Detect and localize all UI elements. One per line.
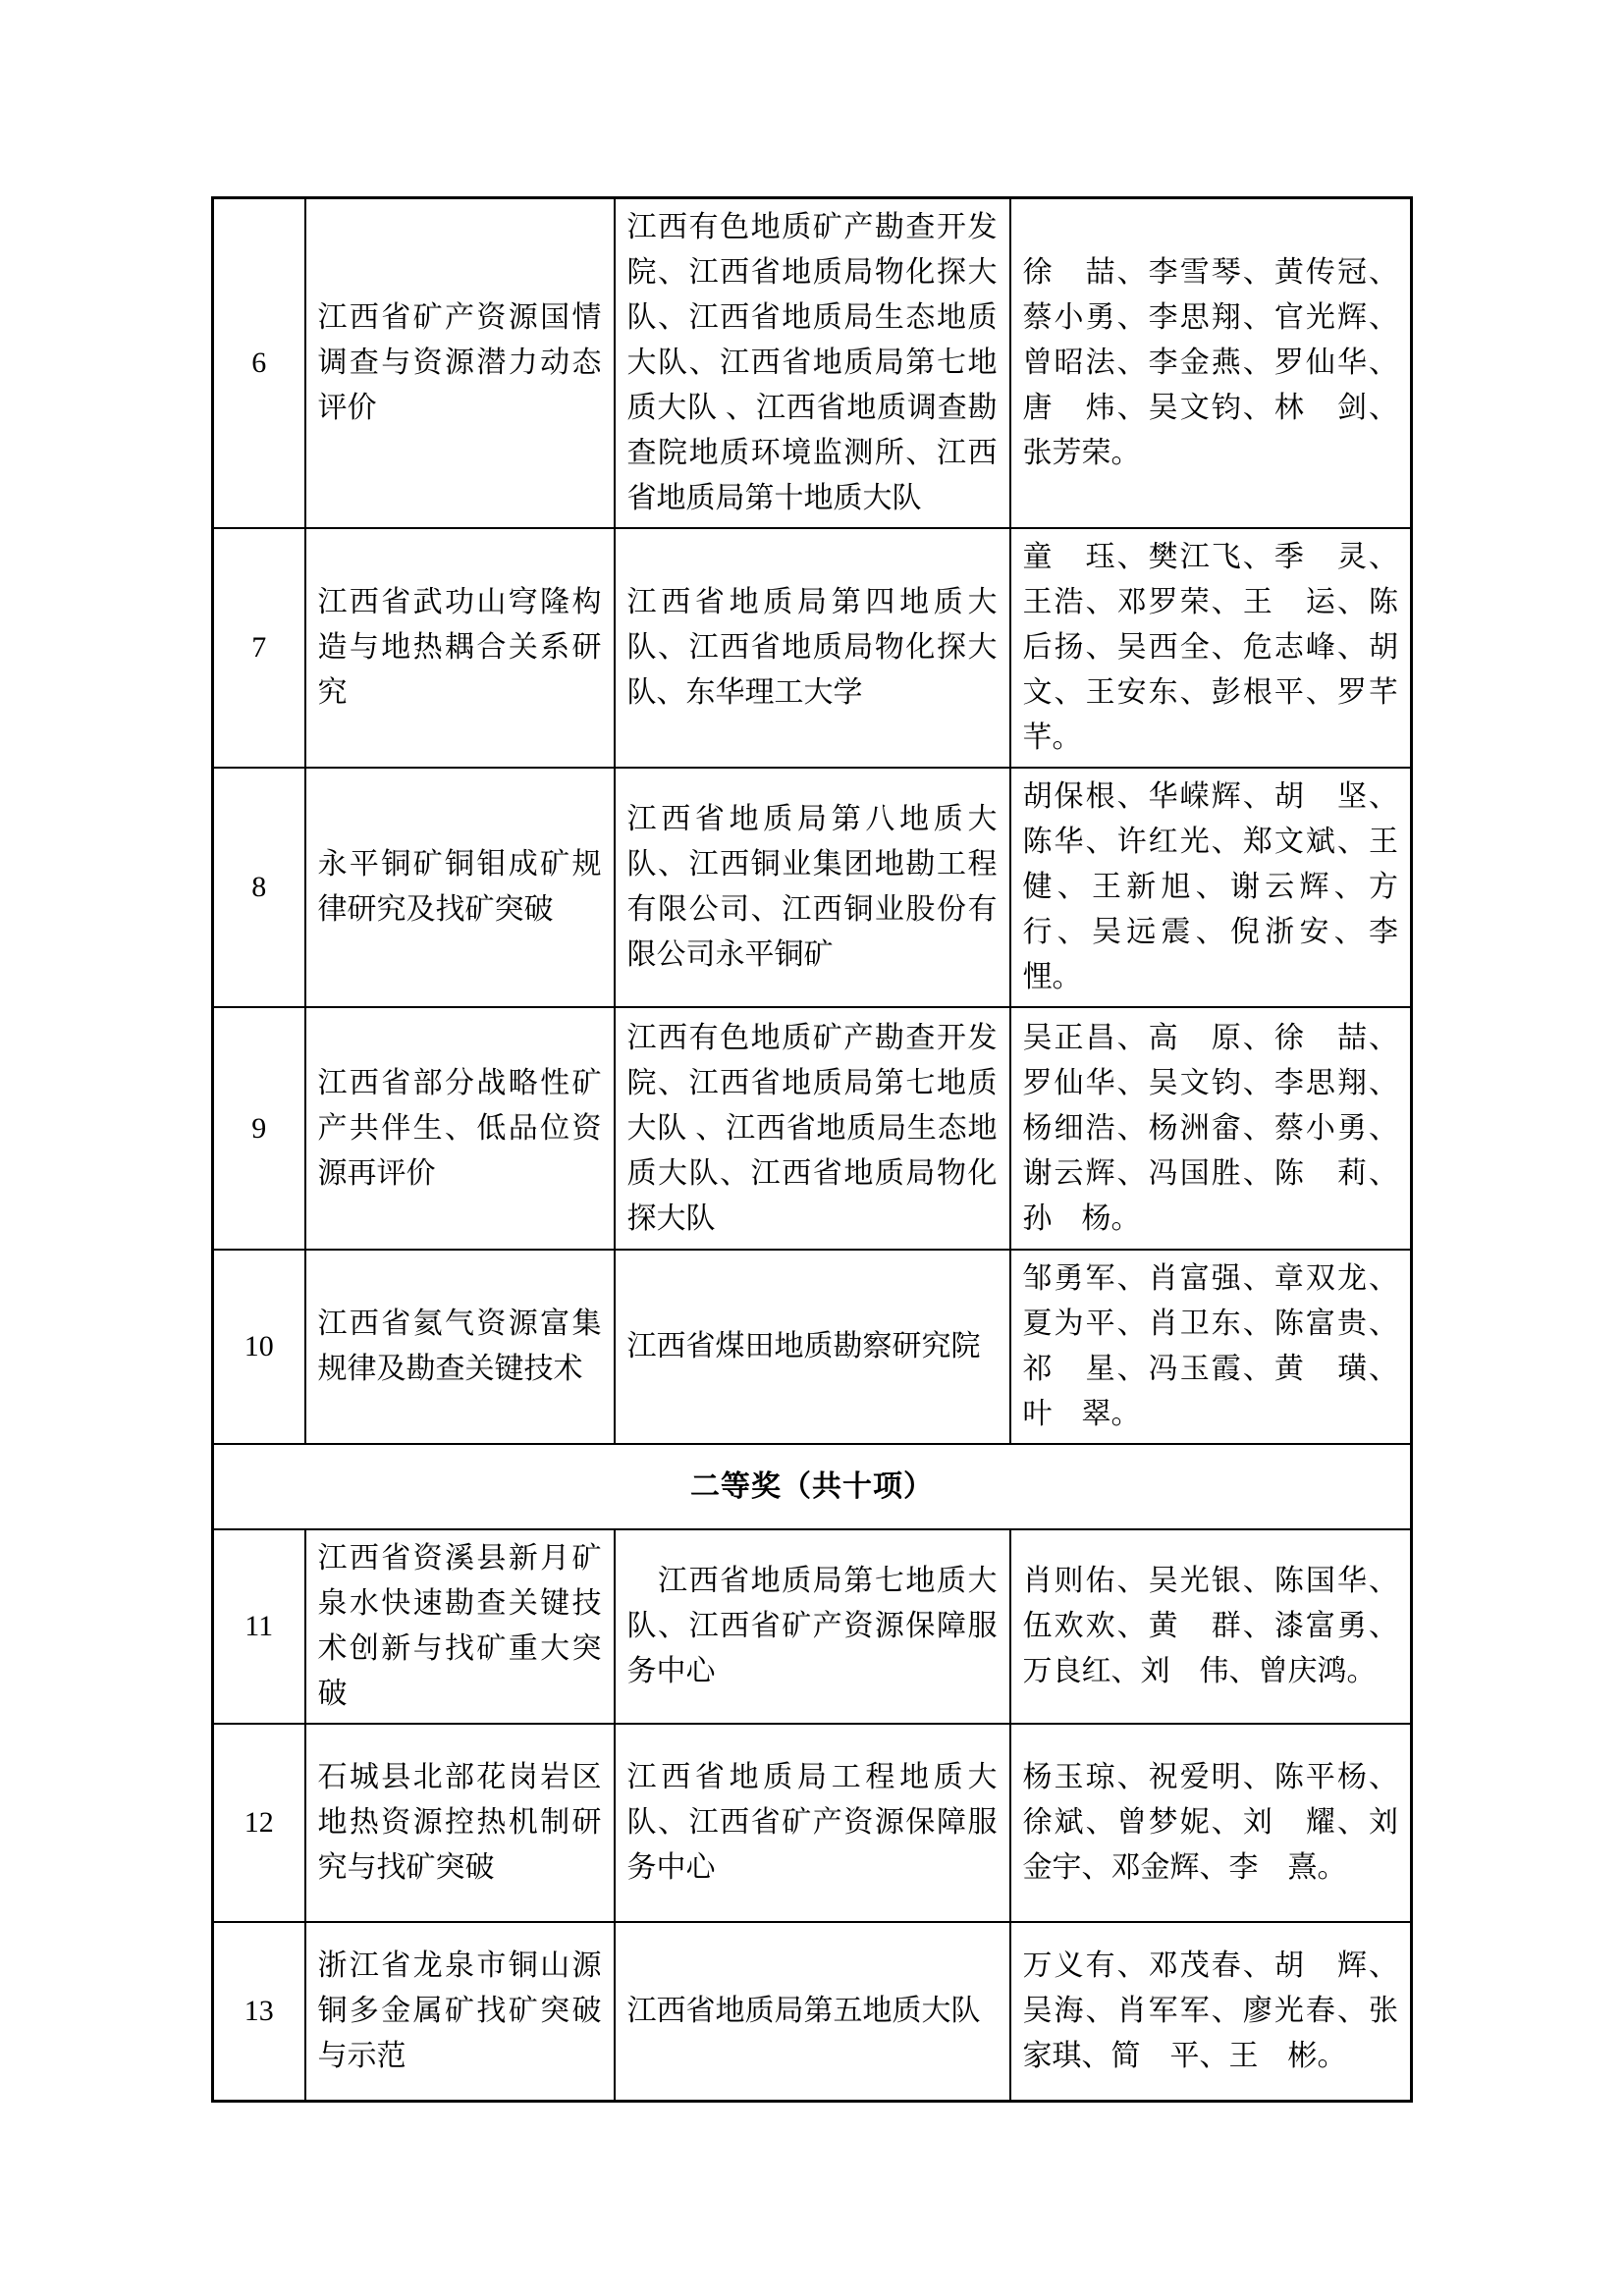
organizations-cell: 江西省地质局第四地质大队、江西省地质局物化探大队、东华理工大学 — [615, 528, 1010, 768]
project-name-cell: 江西省部分战略性矿产共伴生、低品位资源再评价 — [305, 1007, 615, 1250]
project-name-cell: 浙江省龙泉市铜山源铜多金属矿找矿突破与示范 — [305, 1922, 615, 2101]
awardees-cell: 万义有、邓茂春、胡 辉、吴海、肖军军、廖光春、张家琪、简 平、王 彬。 — [1010, 1922, 1412, 2101]
awardees-cell: 肖则佑、吴光银、陈国华、伍欢欢、黄 群、漆富勇、万良红、刘 伟、曾庆鸿。 — [1010, 1529, 1412, 1724]
awardees-cell: 胡保根、华嵘辉、胡 坚、陈华、许红光、郑文斌、王 健、王新旭、谢云辉、方 行、吴… — [1010, 768, 1412, 1007]
section-divider-row: 二等奖（共十项） — [213, 1444, 1412, 1529]
row-number-cell: 12 — [213, 1724, 305, 1922]
row-number-cell: 10 — [213, 1250, 305, 1444]
row-number-cell: 11 — [213, 1529, 305, 1724]
row-number-cell: 8 — [213, 768, 305, 1007]
project-name-cell: 江西省氦气资源富集规律及勘查关键技术 — [305, 1250, 615, 1444]
project-name-cell: 江西省武功山穹隆构造与地热耦合关系研究 — [305, 528, 615, 768]
organizations-cell: 江西省地质局第五地质大队 — [615, 1922, 1010, 2101]
awardees-cell: 童 珏、樊江飞、季 灵、王浩、邓罗荣、王 运、陈后扬、吴西全、危志峰、胡 文、王… — [1010, 528, 1412, 768]
row-number-cell: 9 — [213, 1007, 305, 1250]
table-row: 12 石城县北部花岗岩区地热资源控热机制研究与找矿突破 江西省地质局工程地质大队… — [213, 1724, 1412, 1922]
table-row: 6 江西省矿产资源国情调查与资源潜力动态评价 江西有色地质矿产勘查开发院、江西省… — [213, 198, 1412, 529]
table-row: 8 永平铜矿铜钼成矿规律研究及找矿突破 江西省地质局第八地质大队、江西铜业集团地… — [213, 768, 1412, 1007]
organizations-cell: 江西省地质局第八地质大队、江西铜业集团地勘工程有限公司、江西铜业股份有限公司永平… — [615, 768, 1010, 1007]
organizations-cell: 江西省地质局工程地质大队、江西省矿产资源保障服务中心 — [615, 1724, 1010, 1922]
awardees-cell: 邹勇军、肖富强、章双龙、夏为平、肖卫东、陈富贵、祁 星、冯玉霞、黄 璜、叶 翠。 — [1010, 1250, 1412, 1444]
project-name-cell: 江西省矿产资源国情调查与资源潜力动态评价 — [305, 198, 615, 529]
table-row: 10 江西省氦气资源富集规律及勘查关键技术 江西省煤田地质勘察研究院 邹勇军、肖… — [213, 1250, 1412, 1444]
organizations-cell: 江西有色地质矿产勘查开发院、江西省地质局第七地质大队 、江西省地质局生态地质大队… — [615, 1007, 1010, 1250]
project-name-cell: 江西省资溪县新月矿泉水快速勘查关键技术创新与找矿重大突破 — [305, 1529, 615, 1724]
awardees-cell: 杨玉琼、祝爱明、陈平杨、徐斌、曾梦妮、刘 耀、刘金宇、邓金辉、李 熹。 — [1010, 1724, 1412, 1922]
organizations-cell: 江西省地质局第七地质大队、江西省矿产资源保障服务中心 — [615, 1529, 1010, 1724]
project-name-cell: 石城县北部花岗岩区地热资源控热机制研究与找矿突破 — [305, 1724, 615, 1922]
awardees-cell: 吴正昌、高 原、徐 喆、罗仙华、吴文钧、李思翔、杨细浩、杨洲畲、蔡小勇、谢云辉、… — [1010, 1007, 1412, 1250]
table-row: 13 浙江省龙泉市铜山源铜多金属矿找矿突破与示范 江西省地质局第五地质大队 万义… — [213, 1922, 1412, 2101]
row-number-cell: 7 — [213, 528, 305, 768]
document-page: 6 江西省矿产资源国情调查与资源潜力动态评价 江西有色地质矿产勘查开发院、江西省… — [0, 0, 1624, 2296]
table-row: 9 江西省部分战略性矿产共伴生、低品位资源再评价 江西有色地质矿产勘查开发院、江… — [213, 1007, 1412, 1250]
awardees-cell: 徐 喆、李雪琴、黄传冠、蔡小勇、李思翔、官光辉、曾昭法、李金燕、罗仙华、唐 炜、… — [1010, 198, 1412, 529]
section-divider-title: 二等奖（共十项） — [213, 1444, 1412, 1529]
award-table: 6 江西省矿产资源国情调查与资源潜力动态评价 江西有色地质矿产勘查开发院、江西省… — [211, 196, 1413, 2103]
organizations-cell: 江西有色地质矿产勘查开发院、江西省地质局物化探大队、江西省地质局生态地质大队、江… — [615, 198, 1010, 529]
row-number-cell: 13 — [213, 1922, 305, 2101]
project-name-cell: 永平铜矿铜钼成矿规律研究及找矿突破 — [305, 768, 615, 1007]
organizations-cell: 江西省煤田地质勘察研究院 — [615, 1250, 1010, 1444]
table-row: 11 江西省资溪县新月矿泉水快速勘查关键技术创新与找矿重大突破 江西省地质局第七… — [213, 1529, 1412, 1724]
table-row: 7 江西省武功山穹隆构造与地热耦合关系研究 江西省地质局第四地质大队、江西省地质… — [213, 528, 1412, 768]
row-number-cell: 6 — [213, 198, 305, 529]
